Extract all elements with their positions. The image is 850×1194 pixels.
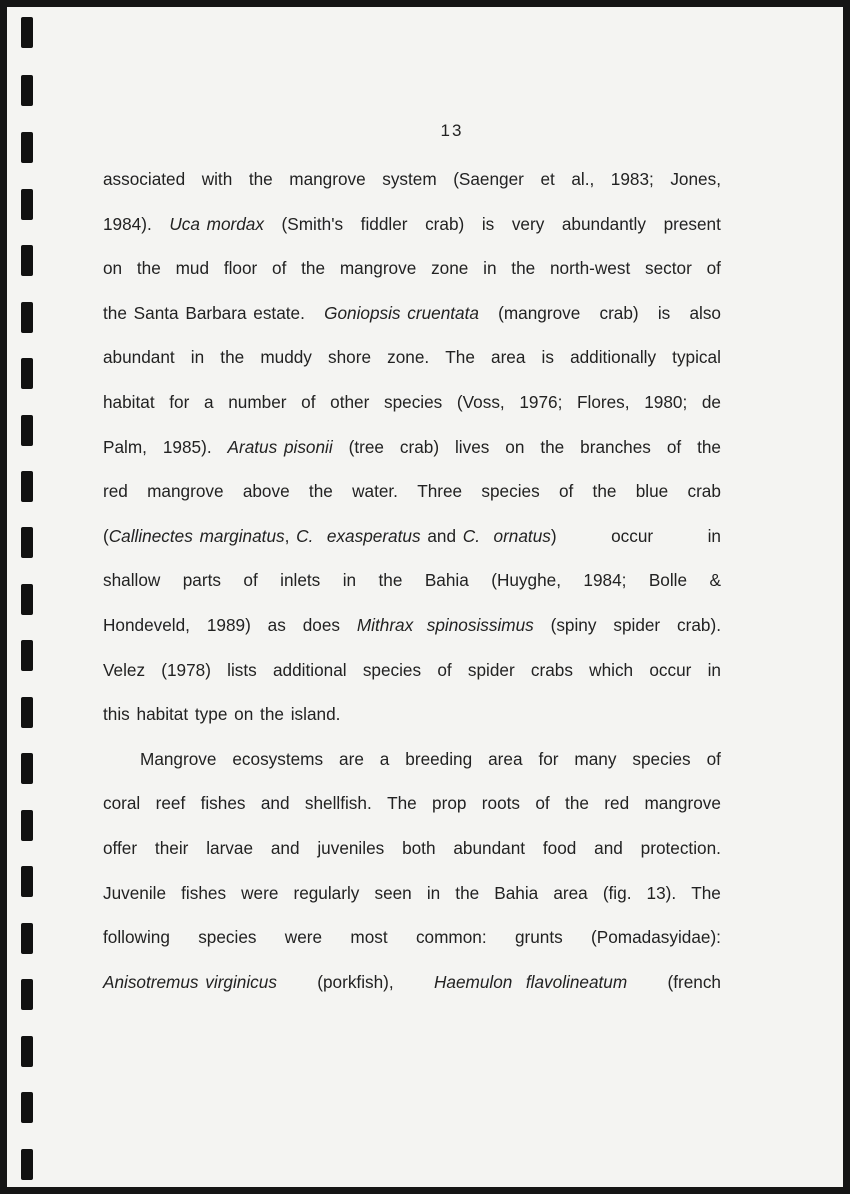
word: occur: [611, 514, 653, 559]
word: the Santa Barbara estate.: [103, 291, 305, 336]
text-run: additional: [273, 660, 347, 680]
text-run: common:: [416, 927, 487, 947]
text-run: the: [697, 437, 721, 457]
word: Anisotremus virginicus: [103, 960, 277, 1005]
text-run: crab): [400, 437, 439, 457]
binding-hole: [21, 471, 33, 502]
word: Goniopsis cruentata: [324, 291, 479, 336]
text-run: inlets: [280, 570, 320, 590]
text-run: et: [540, 169, 554, 189]
word: mangrove: [289, 157, 365, 202]
text-run: al.,: [571, 169, 594, 189]
binding-hole: [21, 697, 33, 728]
word: occur: [649, 648, 691, 693]
text-run: area: [488, 749, 522, 769]
word: the: [379, 558, 403, 603]
word: crab): [599, 291, 638, 336]
word: (french: [668, 960, 722, 1005]
word: 1989): [207, 603, 251, 648]
word: inlets: [280, 558, 320, 603]
text-run: also: [689, 303, 721, 323]
text-run: 1976;: [519, 392, 562, 412]
text-line: Hondeveld,1989)asdoesMithrax spinosissim…: [103, 603, 721, 648]
word: (fig.: [603, 871, 632, 916]
binding-hole: [21, 75, 33, 106]
text-line: abundantinthemuddyshorezone.Theareaisadd…: [103, 335, 721, 380]
text-run: of: [437, 660, 451, 680]
text-run: seen: [374, 883, 411, 903]
word: and: [261, 781, 290, 826]
text-run: de: [702, 392, 721, 412]
word: the: [565, 781, 589, 826]
word: crab).: [677, 603, 721, 648]
word: (Huyghe,: [491, 558, 561, 603]
text-run: Palm,: [103, 437, 147, 457]
text-run: coral: [103, 793, 140, 813]
word: is: [482, 202, 494, 247]
species-name: Haemulon flavolineatum: [434, 972, 627, 992]
word: a: [380, 737, 390, 782]
word: Mangrove: [140, 737, 216, 782]
text-run: present: [664, 214, 721, 234]
word: crab): [400, 425, 439, 470]
word: et: [540, 157, 554, 202]
text-run: branches: [580, 437, 651, 457]
text-run: with: [202, 169, 233, 189]
word: many: [574, 737, 616, 782]
binding-hole: [21, 189, 33, 220]
text-run: Velez: [103, 660, 145, 680]
word: is: [542, 335, 554, 380]
text-run: number: [228, 392, 286, 412]
text-run: fishes: [201, 793, 246, 813]
word: in: [708, 514, 721, 559]
text-run: fishes: [181, 883, 226, 903]
text-run: additionally: [570, 347, 656, 367]
word: (Saenger: [453, 157, 524, 202]
text-run: shallow: [103, 570, 160, 590]
word: in: [191, 335, 204, 380]
word: (porkfish),: [317, 960, 393, 1005]
word: 1984;: [583, 558, 626, 603]
binding-holes: [21, 7, 41, 1187]
word: ecosystems: [232, 737, 323, 782]
text-run: red: [103, 481, 128, 501]
text-run: and: [594, 838, 623, 858]
word: (mangrove: [498, 291, 580, 336]
text-run: 1980;: [644, 392, 687, 412]
text-run: Juvenile: [103, 883, 166, 903]
word: fishes: [201, 781, 246, 826]
text-run: 1984;: [583, 570, 626, 590]
text-run: (1978): [161, 660, 211, 680]
text-line: the Santa Barbara estate.Goniopsis cruen…: [103, 291, 721, 336]
word: their: [155, 826, 188, 871]
text-run: crab: [687, 481, 720, 501]
text-run: (tree: [349, 437, 384, 457]
text-run: crab): [599, 303, 638, 323]
word: is: [658, 291, 670, 336]
word: floor: [224, 246, 257, 291]
word: both: [402, 826, 435, 871]
word: does: [303, 603, 340, 648]
text-line: 1984).Uca mordax(Smith'sfiddlercrab)isve…: [103, 202, 721, 247]
text-run: species: [363, 660, 421, 680]
text-line: habitatforanumberofotherspecies(Voss,197…: [103, 380, 721, 425]
text-run: The: [445, 347, 475, 367]
text-run: species: [384, 392, 442, 412]
text-run: Jones,: [670, 169, 721, 189]
word: a: [204, 380, 214, 425]
binding-hole: [21, 132, 33, 163]
text-run: 1984).: [103, 214, 152, 234]
text-run: is: [658, 303, 670, 323]
text-run: parts: [183, 570, 221, 590]
text-run: crab): [425, 214, 464, 234]
text-run: which: [589, 660, 633, 680]
text-run: habitat: [103, 392, 155, 412]
text-run: (Voss,: [457, 392, 505, 412]
binding-hole: [21, 245, 33, 276]
text-run: species: [481, 481, 539, 501]
text-run: does: [303, 615, 340, 635]
species-name: Anisotremus virginicus: [103, 972, 277, 992]
text-run: the: [249, 169, 273, 189]
text-run: is: [482, 214, 494, 234]
text-run: Three: [417, 481, 462, 501]
binding-hole: [21, 640, 33, 671]
word: Mithrax spinosissimus: [357, 603, 534, 648]
text-run: as: [268, 615, 286, 635]
text-run: (Saenger: [453, 169, 524, 189]
word: parts: [183, 558, 221, 603]
text-run: crabs: [531, 660, 573, 680]
text-run: were: [241, 883, 278, 903]
text-run: 1985).: [163, 437, 212, 457]
word: red: [604, 781, 629, 826]
word: on: [505, 425, 524, 470]
text-run: (Smith's: [282, 214, 344, 234]
word: Bahia: [425, 558, 469, 603]
word: of: [559, 469, 573, 514]
text-run: spider: [468, 660, 515, 680]
text-run: 13).: [647, 883, 677, 903]
text-run: (mangrove: [498, 303, 580, 323]
text-run: on: [103, 258, 122, 278]
word: the: [220, 335, 244, 380]
text-run: are: [339, 749, 364, 769]
word: 13).: [647, 871, 677, 916]
word: other: [330, 380, 369, 425]
word: and: [271, 826, 300, 871]
word: the: [540, 425, 564, 470]
text-line: offertheirlarvaeandjuvenilesbothabundant…: [103, 826, 721, 871]
text-run: in: [708, 660, 721, 680]
word: juveniles: [317, 826, 384, 871]
word: the: [249, 157, 273, 202]
text-run: and: [271, 838, 300, 858]
text-run: Bahia: [425, 570, 469, 590]
word: grunts: [515, 915, 563, 960]
word: species: [632, 737, 690, 782]
word: sector: [645, 246, 692, 291]
text-run: the: [220, 347, 244, 367]
word: associated: [103, 157, 185, 202]
text-run: occur: [649, 660, 691, 680]
word: The: [445, 335, 475, 380]
word: on: [103, 246, 122, 291]
word: Velez: [103, 648, 145, 693]
word: The: [387, 781, 417, 826]
text-run: water.: [352, 481, 398, 501]
word: zone.: [387, 335, 429, 380]
text-run: (spiny: [551, 615, 597, 635]
word: crab: [687, 469, 720, 514]
word: species: [481, 469, 539, 514]
text-run: the: [455, 883, 479, 903]
word: shallow: [103, 558, 160, 603]
text-run: of: [707, 749, 721, 769]
word: also: [689, 291, 721, 336]
text-run: grunts: [515, 927, 563, 947]
text-line: onthemudfloorofthemangrovezoneinthenorth…: [103, 246, 721, 291]
species-name: C. exasperatus: [296, 526, 420, 546]
binding-hole: [21, 923, 33, 954]
word: the: [137, 246, 161, 291]
text-run: the: [565, 793, 589, 813]
word: muddy: [260, 335, 312, 380]
word: roots: [482, 781, 520, 826]
species-name: Uca mordax: [169, 214, 264, 234]
word: &: [709, 558, 720, 603]
text-run: of: [301, 392, 315, 412]
text-run: offer: [103, 838, 137, 858]
binding-hole: [21, 810, 33, 841]
text-run: fiddler: [361, 214, 408, 234]
word: 1983;: [611, 157, 654, 202]
text-run: the: [511, 258, 535, 278]
word: the: [511, 246, 535, 291]
word: blue: [636, 469, 669, 514]
word: (Smith's: [282, 202, 344, 247]
text-run: Flores,: [577, 392, 630, 412]
word: were: [241, 871, 278, 916]
text-run: ,: [285, 526, 297, 546]
word: regularly: [293, 871, 359, 916]
text-run: and: [421, 526, 463, 546]
text-run: (porkfish),: [317, 972, 393, 992]
text-run: (fig.: [603, 883, 632, 903]
text-run: following: [103, 927, 170, 947]
binding-hole: [21, 584, 33, 615]
word: Jones,: [670, 157, 721, 202]
text-run: above: [243, 481, 290, 501]
text-line: shallowpartsofinletsintheBahia(Huyghe,19…: [103, 558, 721, 603]
word: zone: [431, 246, 468, 291]
word: Juvenile: [103, 871, 166, 916]
text-run: of: [243, 570, 257, 590]
text-run: 1983;: [611, 169, 654, 189]
word: common:: [416, 915, 487, 960]
word: the: [593, 469, 617, 514]
word: breeding: [405, 737, 472, 782]
species-name: C. ornatus: [463, 526, 551, 546]
word: typical: [672, 335, 721, 380]
text-run: in: [708, 526, 721, 546]
word: mud: [176, 246, 209, 291]
text-run: other: [330, 392, 369, 412]
word: of: [707, 246, 721, 291]
word: (1978): [161, 648, 211, 693]
text-run: north-west: [550, 258, 630, 278]
word: with: [202, 157, 233, 202]
text-run: zone.: [387, 347, 429, 367]
binding-hole: [21, 302, 33, 333]
word: were: [285, 915, 322, 960]
word: most: [350, 915, 387, 960]
word: mangrove: [147, 469, 223, 514]
word: which: [589, 648, 633, 693]
text-line: Anisotremus virginicus(porkfish),Haemulo…: [103, 960, 721, 1005]
word: very: [512, 202, 544, 247]
word: crab): [425, 202, 464, 247]
word: and: [594, 826, 623, 871]
binding-hole: [21, 753, 33, 784]
binding-hole: [21, 17, 33, 48]
text-run: for: [538, 749, 558, 769]
word: species: [384, 380, 442, 425]
word: red: [103, 469, 128, 514]
word: above: [243, 469, 290, 514]
text-run: in: [191, 347, 204, 367]
binding-hole: [21, 979, 33, 1010]
species-name: Mithrax spinosissimus: [357, 615, 534, 635]
binding-hole: [21, 527, 33, 558]
text-run: the: [593, 481, 617, 501]
text-line: redmangroveabovethewater.Threespeciesoft…: [103, 469, 721, 514]
text-run: species: [632, 749, 690, 769]
word: the: [697, 425, 721, 470]
word: mangrove: [644, 781, 720, 826]
text-run: prop: [432, 793, 466, 813]
text-run: 1989): [207, 615, 251, 635]
text-run: ): [551, 526, 557, 546]
word: mangrove: [340, 246, 416, 291]
word: (tree: [349, 425, 384, 470]
word: spider: [468, 648, 515, 693]
word: system: [382, 157, 436, 202]
binding-hole: [21, 358, 33, 389]
word: shellfish.: [305, 781, 372, 826]
text-run: the: [301, 258, 325, 278]
word: area: [491, 335, 525, 380]
text-run: of: [707, 258, 721, 278]
text-line: followingspeciesweremostcommon:grunts(Po…: [103, 915, 721, 960]
word: lists: [227, 648, 257, 693]
word: of: [535, 781, 549, 826]
text-run: and: [261, 793, 290, 813]
word: in: [343, 558, 356, 603]
text-run: mangrove: [644, 793, 720, 813]
text-run: (Huyghe,: [491, 570, 561, 590]
word: al.,: [571, 157, 594, 202]
page-number: 13: [34, 121, 850, 141]
text-line: coralreeffishesandshellfish.Theproproots…: [103, 781, 721, 826]
text-run: species: [198, 927, 256, 947]
scanned-page: 13 associatedwiththemangrovesystem(Saeng…: [7, 7, 843, 1187]
text-run: the: [309, 481, 333, 501]
word: branches: [580, 425, 651, 470]
text-run: Mangrove: [140, 749, 216, 769]
text-run: muddy: [260, 347, 312, 367]
word: spider: [613, 603, 660, 648]
word: the: [455, 871, 479, 916]
text-run: typical: [672, 347, 721, 367]
text-run: of: [535, 793, 549, 813]
word: additional: [273, 648, 347, 693]
text-run: in: [343, 570, 356, 590]
text-run: the: [540, 437, 564, 457]
text-run: zone: [431, 258, 468, 278]
text-run: area: [553, 883, 587, 903]
text-run: roots: [482, 793, 520, 813]
text-run: this habitat type on the island.: [103, 704, 340, 724]
text-line: associatedwiththemangrovesystem(Saengere…: [103, 157, 721, 202]
text-run: of: [272, 258, 286, 278]
word: fiddler: [361, 202, 408, 247]
text-run: (Pomadasyidae):: [591, 927, 721, 947]
word: The: [691, 871, 721, 916]
text-run: of: [667, 437, 681, 457]
text-run: reef: [156, 793, 186, 813]
text-run: spider: [613, 615, 660, 635]
text-run: a: [204, 392, 214, 412]
text-line: this habitat type on the island.: [103, 692, 721, 737]
text-run: many: [574, 749, 616, 769]
word: food: [543, 826, 576, 871]
text-run: food: [543, 838, 576, 858]
word: Hondeveld,: [103, 603, 190, 648]
text-run: &: [709, 570, 720, 590]
text-run: in: [483, 258, 496, 278]
word: Aratus pisonii: [228, 425, 333, 470]
word: larvae: [206, 826, 253, 871]
word: of: [272, 246, 286, 291]
text-run: Bolle: [649, 570, 687, 590]
word: for: [538, 737, 558, 782]
word: Three: [417, 469, 462, 514]
word: species: [198, 915, 256, 960]
text-run: the: [137, 258, 161, 278]
text-run: The: [691, 883, 721, 903]
text-run: both: [402, 838, 435, 858]
text-run: a: [380, 749, 390, 769]
text-run: protection.: [641, 838, 721, 858]
text-run: shore: [328, 347, 371, 367]
text-run: shellfish.: [305, 793, 372, 813]
text-run: Hondeveld,: [103, 615, 190, 635]
binding-hole: [21, 1036, 33, 1067]
binding-hole: [21, 1092, 33, 1123]
text-run: abundantly: [562, 214, 646, 234]
text-run: for: [169, 392, 189, 412]
text-run: mangrove: [147, 481, 223, 501]
word: additionally: [570, 335, 656, 380]
text-run: lists: [227, 660, 257, 680]
text-run: sector: [645, 258, 692, 278]
text-run: their: [155, 838, 188, 858]
word: area: [553, 871, 587, 916]
